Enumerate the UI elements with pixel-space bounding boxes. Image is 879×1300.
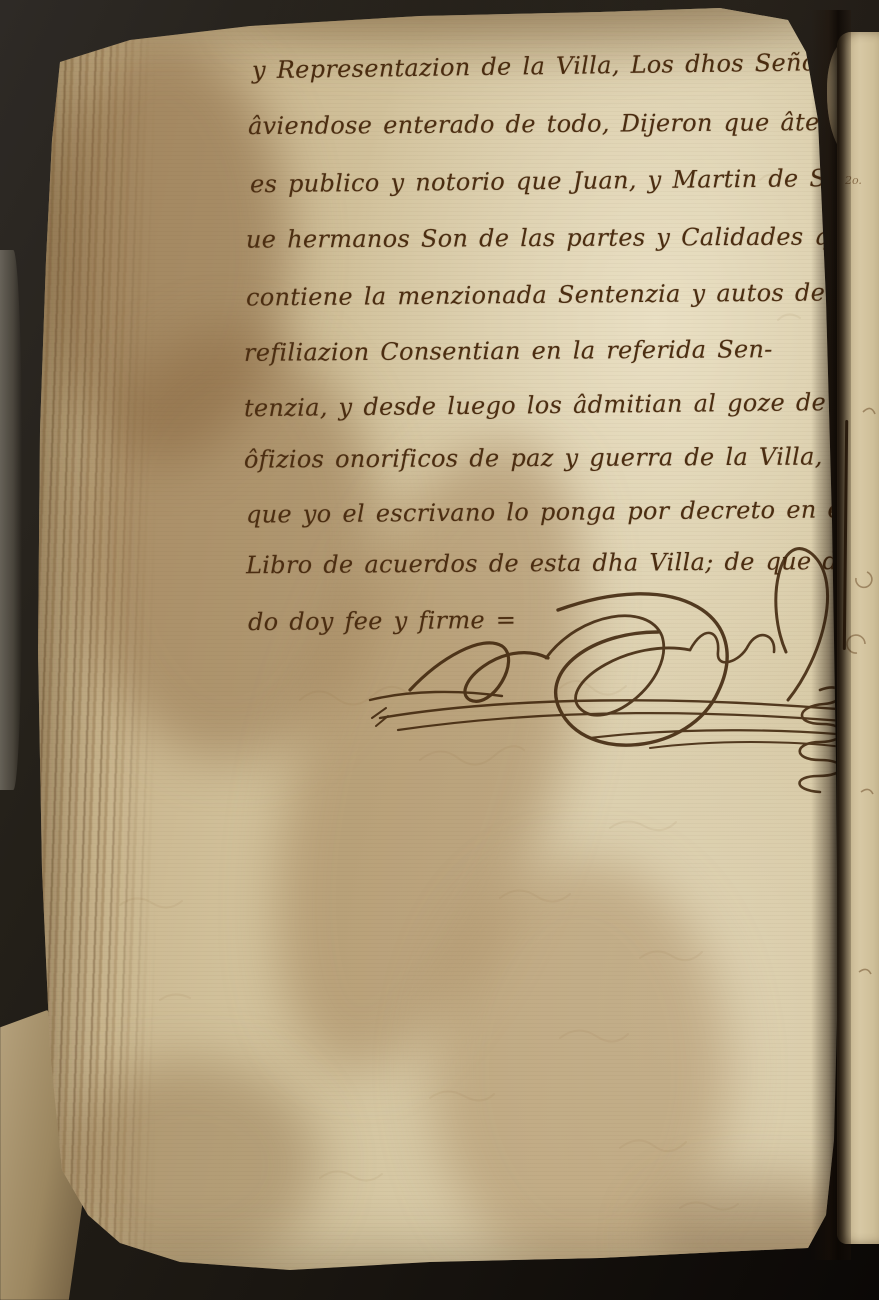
background-page-sliver	[0, 250, 22, 790]
manuscript-page: y Representazion de la Villa, Los dhos S…	[0, 0, 879, 1300]
photo-of-manuscript: y Representazion de la Villa, Los dhos S…	[0, 0, 879, 1300]
page-vignette	[30, 0, 879, 1300]
